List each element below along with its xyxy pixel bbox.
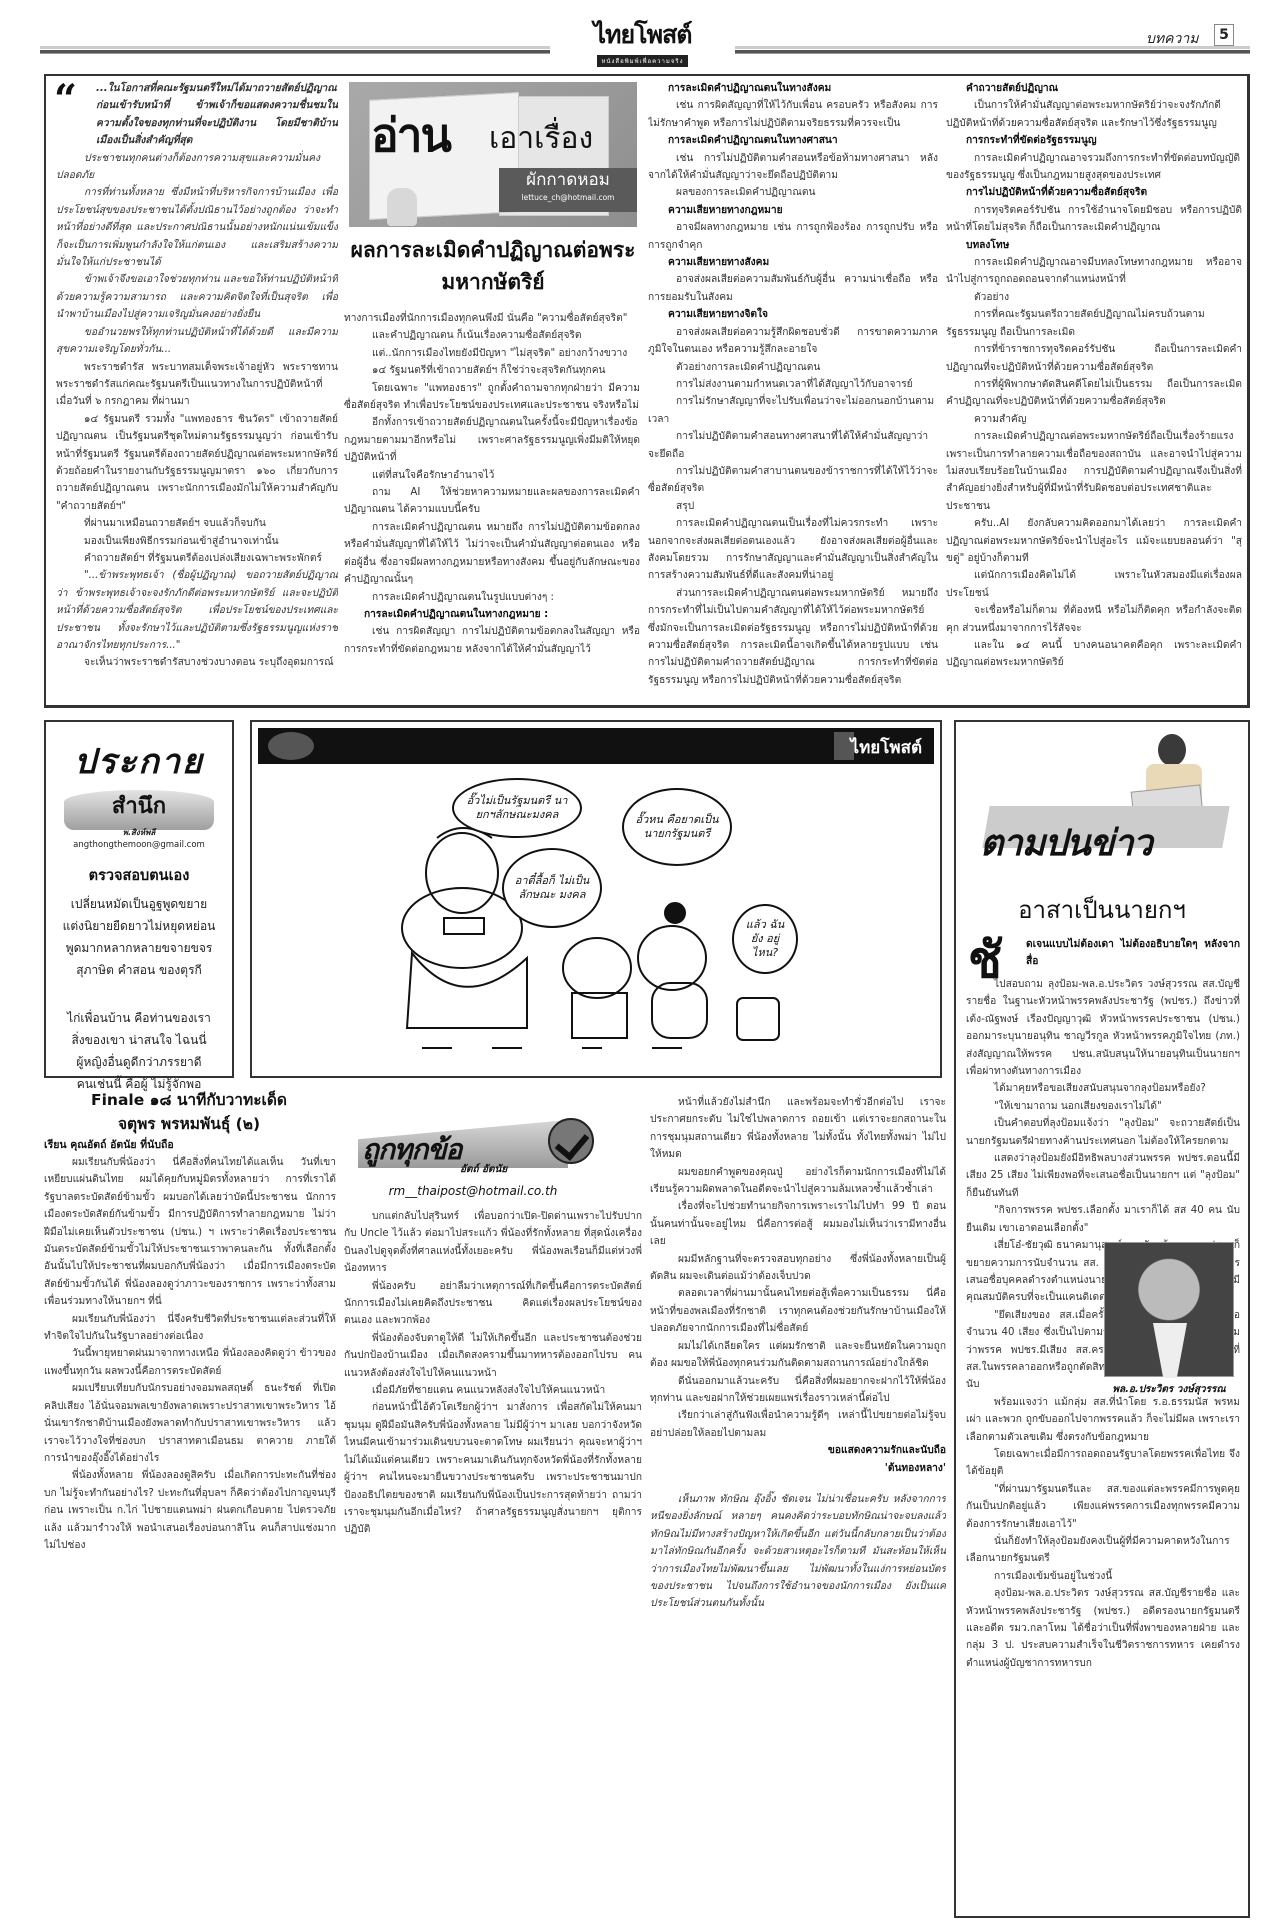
editorial-cartoon: ไทยโพสต์ อั๊วไม่เป็นรัฐมนตรี นายกฯลักษณะ… <box>250 720 942 1078</box>
paragraph: ก่อนหน้านี้ไอ้ตัวโตเรียกผู้ว่าฯ มาสั่งกา… <box>344 1399 642 1538</box>
poem-stanza-1: เปลี่ยนหมัดเป็นอูฐพูดขยาย แต่งนิยายยืดยา… <box>46 893 232 981</box>
letter-title-line-2: จตุพร พรหมพันธุ์ (๒) <box>44 1112 334 1136</box>
feature-article: “ ...ในโอกาสที่คณะรัฐมนตรีใหม่ได้มาถวายส… <box>44 74 1250 708</box>
paragraph: ตัวอย่าง <box>946 289 1242 306</box>
paragraph: ผมมีหลักฐานที่จะตรวจสอบทุกอย่าง ซึ่งพี่น… <box>650 1251 946 1286</box>
paragraph: "กิจการพรรค พปชร.เลือกตั้ง มาเราก็ได้ สส… <box>966 1202 1240 1237</box>
paragraph: ประชาชนทุกคนต่างก็ต้องการความสุขและความม… <box>56 150 338 185</box>
poem-line: เปลี่ยนหมัดเป็นอูฐพูดขยาย <box>46 893 232 915</box>
poem-line: ผู้หญิงอื่นดูดีกว่าภรรยาดี <box>46 1051 232 1073</box>
paragraph: การที่คณะรัฐมนตรีถวายสัตย์ปฏิญาณไม่ครบถ้… <box>946 306 1242 341</box>
paragraph: บกแต่กลับไปสุรินทร์ เพื่อบอกว่าเปิด-ปิดด… <box>344 1208 642 1278</box>
mm-email: rm__thaipost@hotmail.co.th <box>348 1184 598 1198</box>
subheading: การกระทำที่ขัดต่อรัฐธรรมนูญ <box>946 132 1242 149</box>
paragraph: สรุป <box>648 498 938 515</box>
paragraph: แสดงว่าลุงป้อมยังมีอิทธิพลบางส่วนพรรค พป… <box>966 1150 1240 1202</box>
paragraph: พี่น้องทั้งหลาย พี่น้องลองดูสิครับ เมื่อ… <box>44 1467 336 1554</box>
column-logo-thuk-thuk-kho: ถูกทุกข้อ อัตถ์ อัตนัย <box>348 1098 598 1188</box>
paragraph: ข้าพเจ้าจึงขอเอาใจช่วยทุกท่าน และขอให้ท่… <box>56 271 338 323</box>
paragraph: การละเมิดคำปฏิญาณตนเป็นเรื่องที่ไม่ควรกร… <box>648 515 938 585</box>
paragraph: "ที่ผ่านมารัฐมนตรีและ สส.ของแต่ละพรรคมีก… <box>966 1481 1240 1533</box>
paragraph: ...ในโอกาสที่คณะรัฐมนตรีใหม่ได้มาถวายสัต… <box>56 80 338 150</box>
speech-bubble: อั๊วหน คือยาดเป็น นายกรัฐมนตรี <box>622 788 732 866</box>
paragraph: การเมืองเข้มข้นอยู่ในช่วงนี้ <box>966 1568 1240 1585</box>
paragraph: และใน ๑๔ คนนี้ บางคนอนาคตคือคุก เพราะละเ… <box>946 637 1242 672</box>
paragraph: ผมเรียนกับพี่น้องว่า นี่จึงครับชีวิตที่ป… <box>44 1311 336 1346</box>
paragraph: โดยเฉพาะเมื่อมีการถอดถอนรัฐบาลโดยพรรคเพื… <box>966 1446 1240 1481</box>
paragraph: การที่ผู้พิพากษาตัดสินคดีโดยไม่เป็นธรรม … <box>946 376 1242 411</box>
article-column-2: ทางการเมืองที่นักการเมืองทุกคนพึงมี นั่น… <box>344 310 640 702</box>
logo-text: ไทยโพสต์ <box>550 22 735 48</box>
letter-column-2: บกแต่กลับไปสุรินทร์ เพื่อบอกว่าเปิด-ปิดด… <box>344 1208 642 1918</box>
paragraph: ๑๔ รัฐมนตรี รวมทั้ง "แพทองธาร ชินวัตร" เ… <box>56 411 338 515</box>
paragraph: ลุงป้อม-พล.อ.ประวิตร วงษ์สุวรรณ สส.บัญชี… <box>966 1585 1240 1672</box>
article-column-3: การละเมิดคำปฏิญาณตนในทางสังคมเช่น การผิด… <box>648 80 938 702</box>
paragraph: ผลของการละเมิดคำปฏิญาณตน <box>648 184 938 201</box>
photo-prawit <box>1104 1242 1234 1377</box>
subheading: ความเสียหายทางสังคม <box>648 254 938 271</box>
paragraph: การทุจริตคอร์รัปชัน การใช้อำนาจโดยมิชอบ … <box>946 202 1242 237</box>
paragraph: แต่นักการเมืองคิดไม่ได้ เพราะในหัวสมองมี… <box>946 567 1242 602</box>
paragraph: ผมเปรียบเทียบกับนักรบอย่างจอมพลสฤษดิ์ ธน… <box>44 1380 336 1467</box>
cartoonist-mascot-icon <box>268 732 314 760</box>
paragraph: อีกทั้งการเข้าถวายสัตย์ปฏิญาณตนในครั้งนี… <box>344 414 640 466</box>
paragraph: การละเมิดคำปฏิญาณตน หมายถึง การไม่ปฏิบัต… <box>344 519 640 589</box>
paragraph: ผมเรียนกับพี่น้องว่า นี่คือสิ่งที่คนไทยไ… <box>44 1154 336 1311</box>
column-headline: อาสาเป็นนายกฯ <box>956 890 1248 929</box>
paragraph: พระราชดำรัส พระบาทสมเด็จพระเจ้าอยู่หัว พ… <box>56 359 338 411</box>
poem-email: angthongthemoon@gmail.com <box>46 840 232 850</box>
paragraph: "ให้เขามาถาม นอกเสียงของเราไม่ได้" <box>966 1098 1240 1115</box>
paragraph: ผมขอยกคำพูดของคุณปู่ อย่างไรก็ตามนักการเ… <box>650 1164 946 1199</box>
letter-greeting: เรียน คุณอัตถ์ อัตนัย ที่นับถือ <box>44 1136 174 1153</box>
paragraph: และคำปฏิญาณตน ก็เน้นเรื่องความซื่อสัตย์ส… <box>344 327 640 344</box>
checkmark-icon <box>548 1118 594 1164</box>
page-number: 5 <box>1214 24 1234 46</box>
paragraph: การละเมิดคำปฏิญาณอาจรวมถึงการกระทำที่ขัด… <box>946 150 1242 185</box>
paragraph: เป็นการให้คำมั่นสัญญาต่อพระมหากษัตริย์ว่… <box>946 97 1242 132</box>
paragraph: จะเชื่อหรือไม่ก็ตาม ที่ต้องหนี หรือไม่ก็… <box>946 602 1242 637</box>
banner-title-main: อ่าน <box>371 110 450 160</box>
paragraph: การละเมิดคำปฏิญาณตนในรูปแบบต่างๆ : <box>344 589 640 606</box>
logo-subtitle: หนังสือพิมพ์เพื่อความจริง <box>597 55 687 67</box>
cartoon-brand: ไทยโพสต์ <box>851 734 922 761</box>
paragraph: "...ข้าพระพุทธเจ้า (ชื่อผู้ปฏิญาณ) ขอถวา… <box>56 567 338 654</box>
article-title: ผลการละเมิดคำปฏิญาณต่อพระมหากษัตริย์ <box>349 234 637 298</box>
paragraph: เป็นคำตอบที่ลุงป้อมแจ้งว่า "ลุงป้อม" จะถ… <box>966 1115 1240 1150</box>
banner-author: ผักกาดหอม <box>499 168 637 192</box>
paragraph: การไม่ปฏิบัติตามคำสอนทางศาสนาที่ได้ให้คำ… <box>648 428 938 463</box>
letter-signoff: ขอแสดงความรักและนับถือ <box>650 1442 946 1459</box>
cartoon-header-bar: ไทยโพสต์ <box>258 728 934 764</box>
letter-title: Finale ๑๘ นาทีกับวาทะเด็ด จตุพร พรหมพันธ… <box>44 1088 334 1136</box>
subheading: ความเสียหายทางจิตใจ <box>648 306 938 323</box>
paragraph: คำถวายสัตย์ฯ ที่รัฐมนตรีต้องเปล่งเสียงเฉ… <box>56 550 338 567</box>
paragraph: การไม่ปฏิบัติตามคำสาบานตนของข้าราชการที่… <box>648 463 938 498</box>
letter-signature: 'ต้นทองหลาง' <box>650 1460 946 1477</box>
paragraph: การที่ข้าราชการทุจริตคอร์รัปชัน ถือเป็นก… <box>946 341 1242 376</box>
speech-bubble: แล้ว ฉันยัง อยู่ไหน? <box>732 904 798 974</box>
mm-author: อัตถ์ อัตนัย <box>460 1162 507 1177</box>
paragraph: หน้าที่แล้วยังไม่สำนึก และพร้อมจะทำชั่วอ… <box>650 1094 946 1164</box>
subheading: การไม่ปฏิบัติหน้าที่ด้วยความซื่อสัตย์สุจ… <box>946 184 1242 201</box>
paragraph: เช่น การไม่ปฏิบัติตามคำสอนหรือข้อห้ามทาง… <box>648 150 938 185</box>
banner-title-sub: เอาเรื่อง <box>489 122 593 156</box>
letter-title-line-1: Finale ๑๘ นาทีกับวาทะเด็ด <box>44 1088 334 1112</box>
paragraph: โดยเฉพาะ "แพทองธาร" ถูกตั้งคำถามจากทุกฝ่… <box>344 380 640 415</box>
poem-title: ตรวจสอบตนเอง <box>46 864 232 887</box>
letter-column-3: หน้าที่แล้วยังไม่สำนึก และพร้อมจะทำชั่วอ… <box>650 1094 946 1918</box>
speech-bubble: อั๊วไม่เป็นรัฐมนตรี นายกฯลักษณะมงคล <box>452 778 582 838</box>
column-logo: ตามปนข่าว <box>980 814 1152 871</box>
newspaper-logo: ไทยโพสต์ หนังสือพิมพ์เพื่อความจริง <box>550 22 735 58</box>
poem-stanza-2: ไก่เพื่อนบ้าน คือท่านของเรา สิ่งของเขา น… <box>46 1007 232 1095</box>
paragraph: อาจส่งผลเสียต่อความสัมพันธ์กับผู้อื่น คว… <box>648 271 938 306</box>
paragraph: ตัวอย่างการละเมิดคำปฏิญาณตน <box>648 359 938 376</box>
paragraph: ทางการเมืองที่นักการเมืองทุกคนพึงมี นั่น… <box>344 310 640 327</box>
section-label: บทความ <box>1146 28 1198 50</box>
editor-reply: เห็นภาพ ทักษิณ อุ๊งอิ๊ง ชัดเจน ไม่น่าเชื… <box>650 1491 946 1613</box>
poem-line: พูดมากหลากหลายขจายขจร <box>46 937 232 959</box>
paragraph: พี่น้องครับ อย่าลืมว่าเหตุการณ์ที่เกิดขึ… <box>344 1278 642 1330</box>
paragraph: ขออำนวยพรให้ทุกท่านปฏิบัติหน้าที่ได้ด้วย… <box>56 324 338 359</box>
paragraph: มองเป็นเพียงพิธีกรรมก่อนเข้าสู่อำนาจเท่า… <box>56 533 338 550</box>
paragraph: การที่ท่านทั้งหลาย ซึ่งมีหน้าที่บริหารกิ… <box>56 184 338 271</box>
paragraph: อาจมีผลทางกฎหมาย เช่น การถูกฟ้องร้อง การ… <box>648 219 938 254</box>
paragraph: วันนี้พายุหยาดฝนมาจากทางเหนือ พี่น้องลอง… <box>44 1345 336 1380</box>
column-banner: อ่าน เอาเรื่อง ผักกาดหอม lettuce_ch@hotm… <box>349 82 637 227</box>
paragraph: เมื่อมีภัยที่ชายแดน คนแนวหลังส่งใจไปให้ค… <box>344 1382 642 1399</box>
paragraph: การละเมิดคำปฏิญาณอาจมีบทลงโทษทางกฎหมาย ห… <box>946 254 1242 289</box>
paragraph: เรียกว่าเล่าสู่กันฟังเพื่อนำความรู้ดีๆ เ… <box>650 1407 946 1442</box>
subheading: ความเสียหายทางกฎหมาย <box>648 202 938 219</box>
paragraph: ผมไม่ได้เกลียดใคร แต่ผมรักชาติ และจะยืนห… <box>650 1338 946 1373</box>
paragraph: การละเมิดคำปฏิญาณต่อพระมหากษัตริย์ถือเป็… <box>946 428 1242 515</box>
paragraph: การไม่ส่งงานตามกำหนดเวลาที่ได้สัญญาไว้กั… <box>648 376 938 393</box>
paragraph: ที่ผ่านมาเหมือนถวายสัตย์ฯ จบแล้วก็จบกัน <box>56 515 338 532</box>
paragraph: ตลอดเวลาที่ผ่านมานั้นคนไทยต่อสู้เพื่อควา… <box>650 1285 946 1337</box>
paragraph: การไม่รักษาสัญญาที่จะไปรับเพื่อนว่าจะไม่… <box>648 393 938 428</box>
poem-line: สิ่งของเขา น่าสนใจ ไฉนนี่ <box>46 1029 232 1051</box>
article-column-1: ...ในโอกาสที่คณะรัฐมนตรีใหม่ได้มาถวายสัต… <box>56 80 338 702</box>
subheading: บทลงโทษ <box>946 237 1242 254</box>
paragraph: แต่..นักการเมืองไทยยังมีปัญหา "ไม่สุจริต… <box>344 345 640 362</box>
poem-box: ประกาย สำนึก พ.สิงห์พลี angthongthemoon@… <box>44 720 234 1078</box>
paragraph: จะเห็นว่าพระราชดำรัสบางช่วงบางตอน ระบุถึ… <box>56 654 338 671</box>
poem-line: สุภาษิต คำสอน ของตุรกี <box>46 959 232 981</box>
banner-email: lettuce_ch@hotmail.com <box>499 193 637 202</box>
paragraph: อาจส่งผลเสียต่อความรู้สึกผิดชอบชั่วดี กา… <box>648 324 938 359</box>
poem-logo: ประกาย <box>46 734 232 788</box>
letter-column-1: ผมเรียนกับพี่น้องว่า นี่คือสิ่งที่คนไทยไ… <box>44 1154 336 1918</box>
paragraph: พี่น้องต้องจับตาดูให้ดี ไม่ให้เกิดขึ้นอี… <box>344 1330 642 1382</box>
masthead: ไทยโพสต์ หนังสือพิมพ์เพื่อความจริง บทควา… <box>0 0 1286 60</box>
paragraph: ครับ..AI ยังกลับความคิดออกมาได้เลยว่า กา… <box>946 515 1242 567</box>
subheading: คำถวายสัตย์ปฏิญาณ <box>946 80 1242 97</box>
paragraph: เรื่องที่จะไปช่วยทำนายกิจการเพราะเราไม่ไ… <box>650 1198 946 1250</box>
paragraph: เช่น การผิดสัญญา การไม่ปฏิบัติตามข้อตกลง… <box>344 623 640 658</box>
poem-line: แต่งนิยายยืดยาวไม่หยุดหย่อน <box>46 915 232 937</box>
cartoon-illustration: อั๊วไม่เป็นรัฐมนตรี นายกฯลักษณะมงคล อาตี… <box>352 778 832 1068</box>
speech-bubble: อาตี๋ลื้อก็ ไม่เป็นลักษณะ มงคล <box>502 848 602 928</box>
subheading: การละเมิดคำปฏิญาณตนในทางศาสนา <box>648 132 938 149</box>
paragraph: ส่วนการละเมิดคำปฏิญาณตนต่อพระมหากษัตริย์… <box>648 585 938 689</box>
paragraph: นั่นก็ยังทำให้ลุงป้อมยังคงเป็นผู้ที่มีคว… <box>966 1533 1240 1568</box>
article-column-4: คำถวายสัตย์ปฏิญาณเป็นการให้คำมั่นสัญญาต่… <box>946 80 1242 702</box>
column-paragraphs: ไปสอบถาม ลุงป้อม-พล.อ.ประวิตร วงษ์สุวรรณ… <box>966 956 1240 1912</box>
poem-author: พ.สิงห์พลี <box>46 826 232 839</box>
paragraph: ดีนั่นออกมาแล้วนะครับ นี่คือสิ่งที่ผมอยา… <box>650 1373 946 1408</box>
paragraph: ความสำคัญ <box>946 411 1242 428</box>
mm-title: ถูกทุกข้อ <box>362 1128 461 1172</box>
paragraph: พร้อมแจงว่า แม้กลุ่ม สส.ที่นำโดย ร.อ.ธรร… <box>966 1394 1240 1446</box>
subheading: การละเมิดคำปฏิญาณตนในทางสังคม <box>648 80 938 97</box>
hand-icon <box>387 188 417 226</box>
paragraph: เช่น การผิดสัญญาที่ให้ไว้กับเพื่อน ครอบค… <box>648 97 938 132</box>
paragraph: ไปสอบถาม ลุงป้อม-พล.อ.ประวิตร วงษ์สุวรรณ… <box>966 976 1240 1080</box>
subheading: การละเมิดคำปฏิญาณตนในทางกฎหมาย : <box>344 606 640 623</box>
paragraph: ๑๔ รัฐมนตรีที่เข้าถวายสัตย์ฯ ก็ใช่ว่าจะส… <box>344 362 640 379</box>
news-column: ตามปนข่าว อาสาเป็นนายกฯ ชั ดเจนแบบไม่ต้อ… <box>954 720 1250 1918</box>
poem-line: ไก่เพื่อนบ้าน คือท่านของเรา <box>46 1007 232 1029</box>
paragraph: ได้มาคุยหรือขอเสียงสนับสนุนจากลุงป้อมหรื… <box>966 1080 1240 1097</box>
poem-ribbon: สำนึก <box>64 790 214 830</box>
paragraph: ถาม AI ให้ช่วยหาความหมายและผลของการละเมิ… <box>344 484 640 519</box>
paragraph: แต่ที่สนใจคือรักษาอำนาจไว้ <box>344 467 640 484</box>
person-icon <box>1158 734 1186 766</box>
photo-caption: พล.อ.ประวิตร วงษ์สุวรรณ <box>1104 1382 1234 1397</box>
